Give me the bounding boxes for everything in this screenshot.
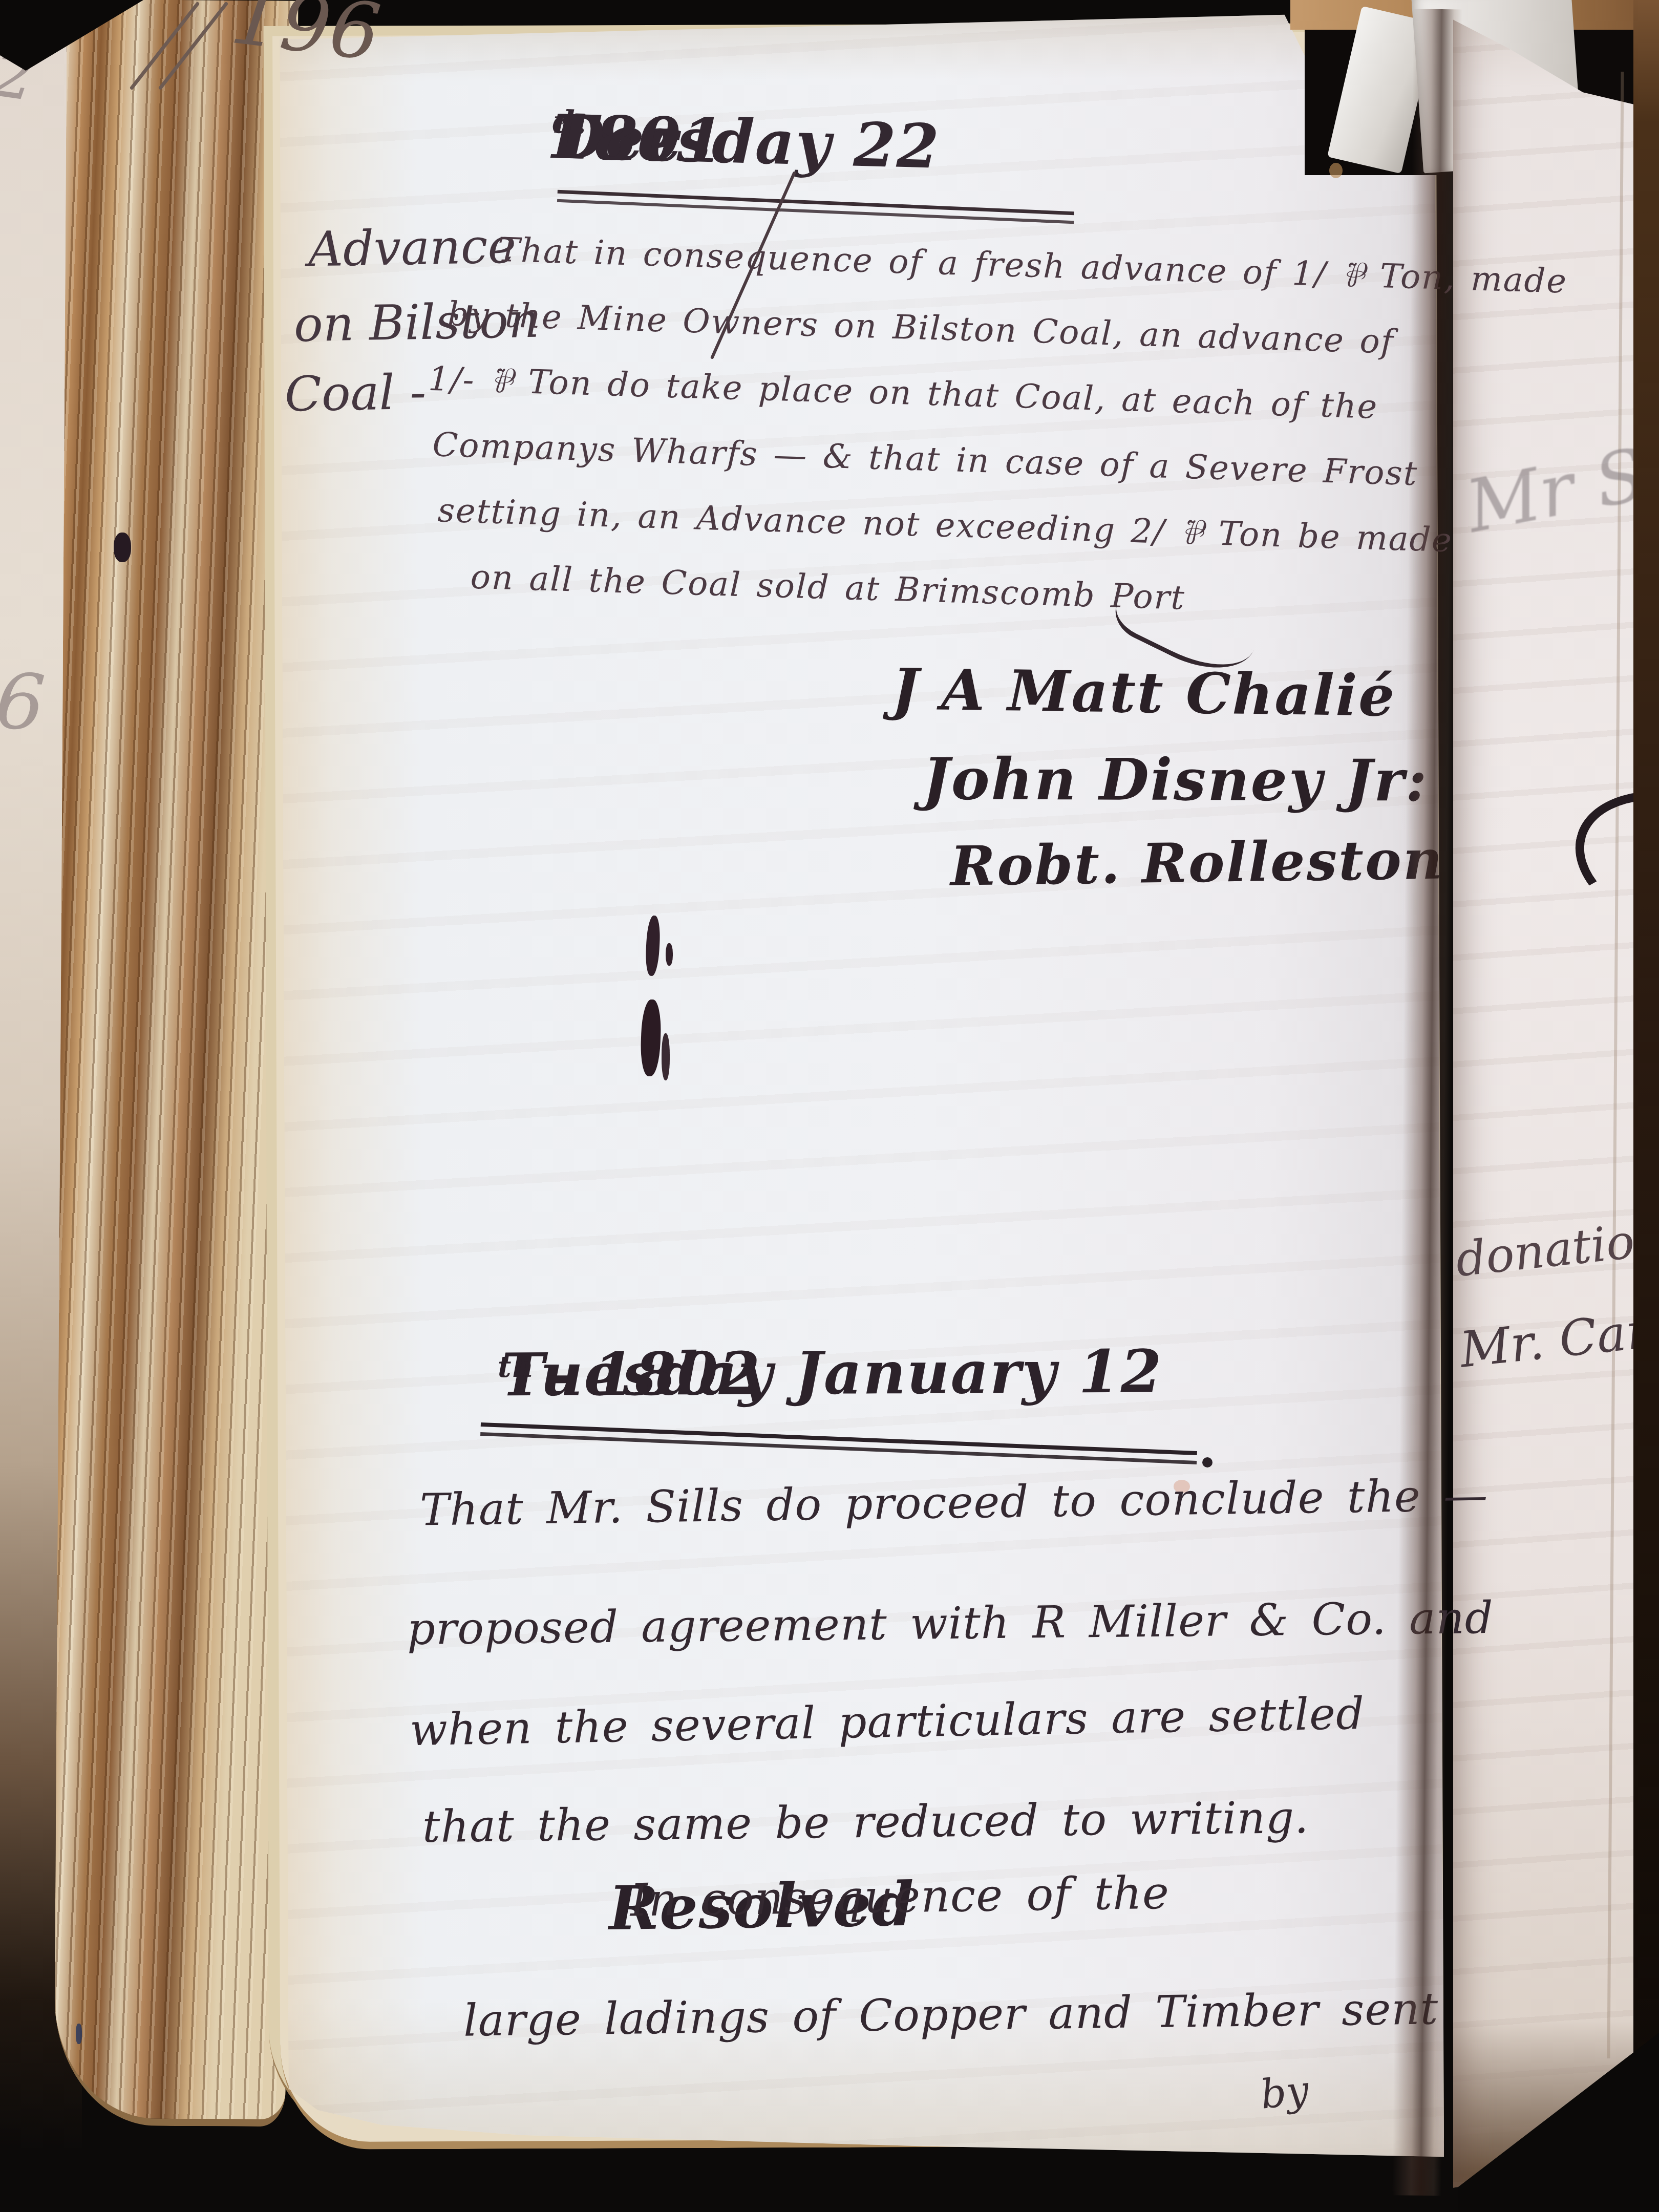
catchword-by: by: [1259, 2070, 1311, 2115]
entry1-heading-year: 1801: [551, 107, 725, 172]
entry2-heading-period: [1202, 1457, 1213, 1467]
blue-ink-speck: [76, 2024, 82, 2044]
book-cover-edge: [1633, 0, 1659, 2212]
entry2-heading: Tuesday January 12th- 1802: [501, 1346, 535, 1405]
entry2-heading-year: - 1802: [546, 1345, 761, 1405]
entry2-body-line: proposed agreement with R Miller & Co. a…: [407, 1596, 1494, 1651]
paper-stain: [1329, 163, 1343, 178]
folio-number: 196: [227, 0, 384, 72]
signature-disney: John Disney Jr:: [923, 751, 1429, 810]
ink-blot: [666, 943, 673, 966]
resolved-continuation: In consequence of the: [630, 1870, 1169, 1923]
ink-blot: [662, 1033, 670, 1080]
margin-note-line: Coal -: [284, 369, 427, 419]
signature-rolleston: Robt. Rolleston: [950, 832, 1444, 893]
signature-chalie: J A Matt Chalié: [891, 661, 1396, 725]
entry2-body-line: that the same be reduced to writing.: [422, 1796, 1309, 1849]
faint-margin-numeral-mid: 6: [0, 656, 48, 749]
ink-blot-on-edges: [114, 533, 131, 562]
entry2-body-line: large ladings of Copper and Timber sent: [463, 1987, 1439, 2043]
entry2-heading-sup-th: th: [498, 1349, 535, 1384]
stacked-page-fore-edges: [54, 0, 298, 2126]
open-minute-book-photo: 2 6 196 Tuesday 22d. Decr. 1801 Advance …: [0, 0, 1659, 2212]
entry1-body: That in consequence of a fresh advance o…: [421, 231, 1466, 655]
